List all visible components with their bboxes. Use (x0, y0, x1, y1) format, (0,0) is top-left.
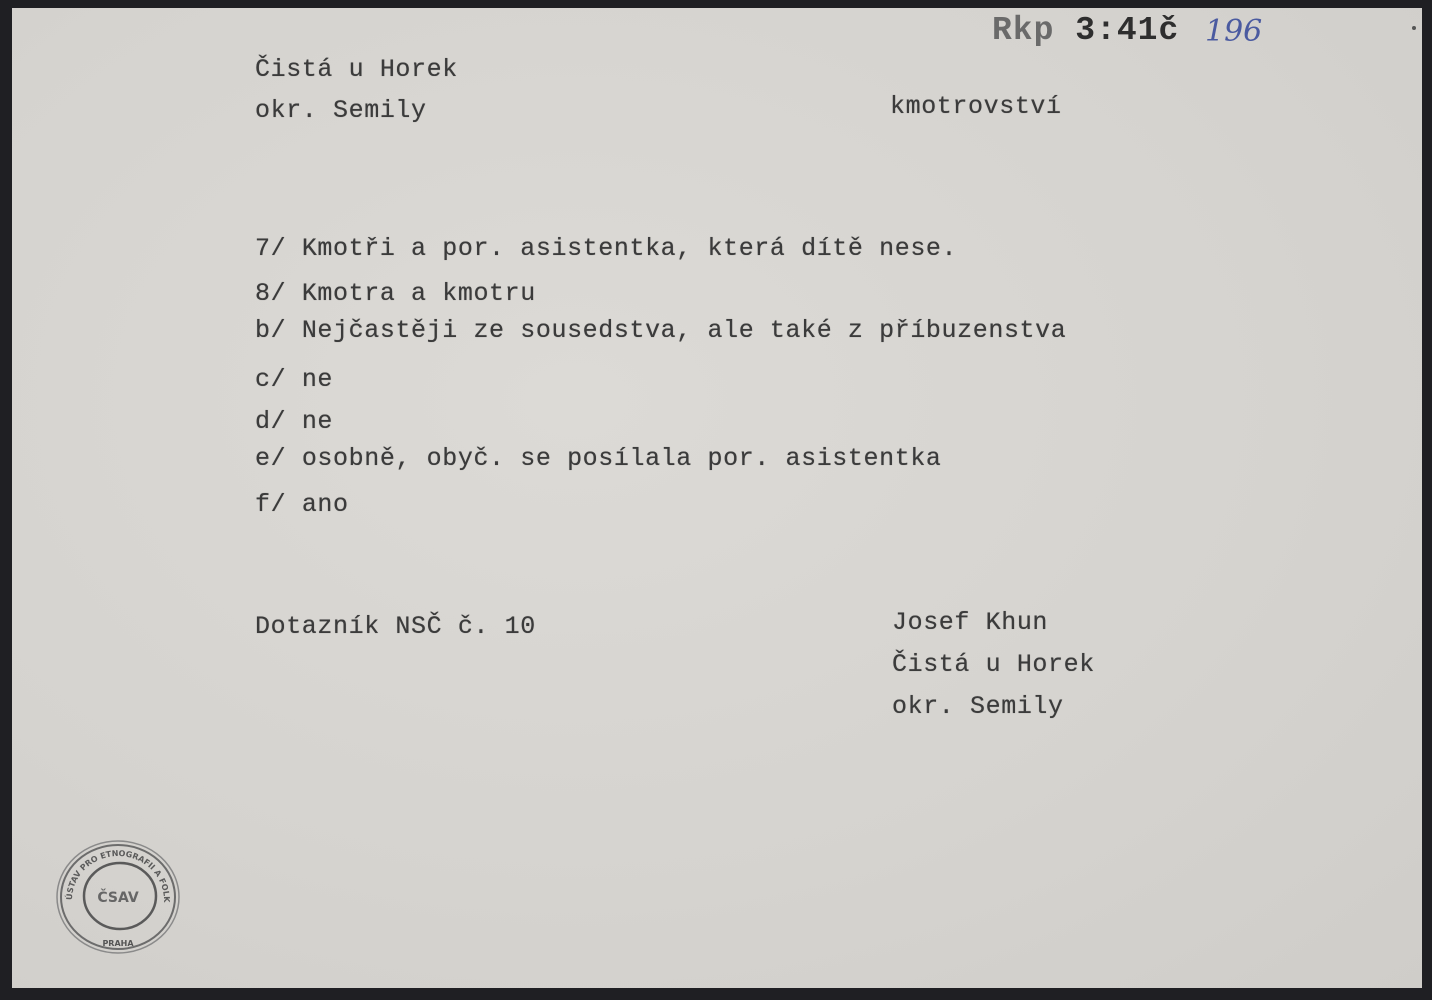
answer-label: c/ (255, 365, 286, 394)
answer-item: 8/ Kmotra a kmotru (255, 279, 536, 308)
institution-stamp: ÚSTAV PRO ETNOGRAFII A FOLKLORISTIKU ČSA… (54, 838, 182, 956)
answer-label: 8/ (255, 279, 286, 308)
author-name: Josef Khun (892, 608, 1048, 637)
answer-label: b/ (255, 316, 286, 345)
answer-item: d/ ne (255, 407, 333, 436)
questionnaire-reference: Dotazník NSČ č. 10 (255, 612, 536, 641)
author-district: okr. Semily (892, 692, 1064, 721)
answer-label: e/ (255, 444, 286, 473)
answer-text: ano (302, 490, 349, 519)
answer-text: osobně, obyč. se posílala por. asistentk… (302, 444, 942, 473)
answer-text: ne (302, 365, 333, 394)
answer-label: d/ (255, 407, 286, 436)
paper-speck (1412, 26, 1416, 30)
answer-text: Kmotra a kmotru (302, 279, 536, 308)
answer-item: 7/ Kmotři a por. asistentka, která dítě … (255, 234, 957, 263)
answer-item: f/ ano (255, 490, 349, 519)
answer-text: ne (302, 407, 333, 436)
signature-prefix: Rkp (992, 12, 1054, 49)
stamp-center-text: ČSAV (97, 888, 139, 906)
answer-label: f/ (255, 490, 286, 519)
answer-text: Kmotři a por. asistentka, která dítě nes… (302, 234, 957, 263)
header-topic: kmotrovství (890, 92, 1062, 121)
answer-item: c/ ne (255, 365, 333, 394)
archive-signature: Rkp 3:41č (992, 12, 1179, 49)
stamp-bottom-text: PRAHA (102, 939, 134, 948)
answer-item: e/ osobně, obyč. se posílala por. asiste… (255, 444, 942, 473)
author-place: Čistá u Horek (892, 650, 1095, 679)
answer-text: Nejčastěji ze sousedstva, ale také z pří… (302, 316, 1067, 345)
header-place: Čistá u Horek (255, 55, 458, 84)
handwritten-page-number: 196 (1205, 14, 1262, 49)
answer-item: b/ Nejčastěji ze sousedstva, ale také z … (255, 316, 1066, 345)
answer-label: 7/ (255, 234, 286, 263)
signature-number: 3:41č (1075, 12, 1179, 49)
header-district: okr. Semily (255, 96, 427, 125)
archive-card: Rkp 3:41č 196 Čistá u Horek okr. Semily … (12, 8, 1422, 988)
